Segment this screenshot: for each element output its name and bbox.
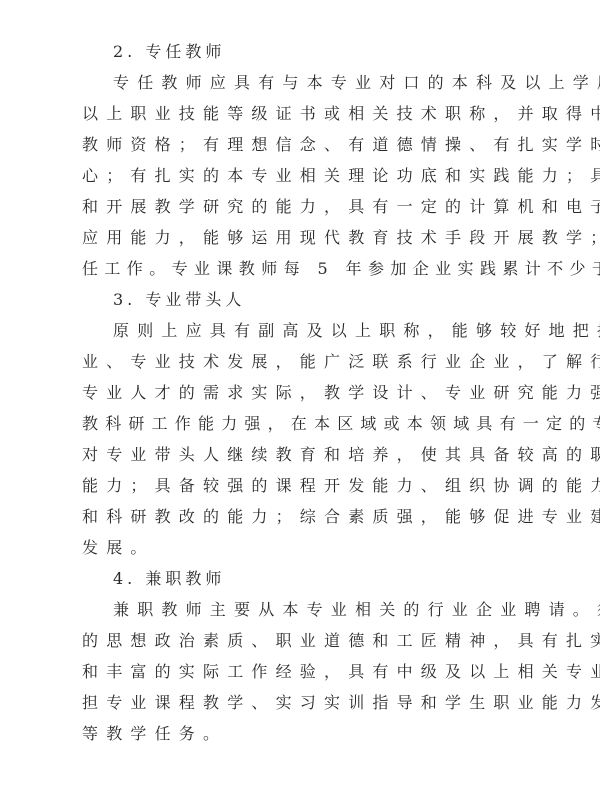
paragraph-line: 以上职业技能等级证书或相关技术职称，并取得中等职业学校 xyxy=(82,98,520,129)
section-heading: 3. 专业带头人 xyxy=(82,284,520,315)
paragraph-line: 业、专业技术发展，能广泛联系行业企业，了解行业企业对本 xyxy=(82,346,520,377)
paragraph-line: 任工作。专业课教师每 5 年参加企业实践累计不少于 6 个月。 xyxy=(82,253,520,284)
paragraph-line: 原则上应具有副高及以上职称，能够较好地把握国内外行 xyxy=(82,315,520,346)
paragraph-line: 对专业带头人继续教育和培养，使其具备较高的职业教育认知 xyxy=(82,439,520,470)
paragraph-line: 兼职教师主要从本专业相关的行业企业聘请。须具备良好 xyxy=(82,594,520,625)
paragraph-line: 专任教师应具有与本专业对口的本科及以上学历、三级及 xyxy=(82,67,520,98)
section-heading: 4. 兼职教师 xyxy=(82,563,520,594)
paragraph-line: 等教学任务。 xyxy=(82,718,520,749)
paragraph-line: 心；有扎实的本专业相关理论功底和实践能力；具备组织教学 xyxy=(82,160,520,191)
paragraph-line: 能力；具备较强的课程开发能力、组织协调的能力、创新精神 xyxy=(82,470,520,501)
paragraph-line: 应用能力，能够运用现代教育技术手段开展教学；能胜任班主 xyxy=(82,222,520,253)
paragraph-line: 专业人才的需求实际，教学设计、专业研究能力强，组织开展 xyxy=(82,377,520,408)
paragraph-line: 担专业课程教学、实习实训指导和学生职业能力发展规划指导 xyxy=(82,687,520,718)
paragraph-line: 教师资格；有理想信念、有道德情操、有扎实学时、有仁爱之 xyxy=(82,129,520,160)
paragraph-line: 和开展教学研究的能力，具有一定的计算机和电子商务实践 xyxy=(82,191,520,222)
paragraph-line: 教科研工作能力强，在本区域或本领域具有一定的专业影响力。 xyxy=(82,408,520,439)
paragraph-line: 发展。 xyxy=(82,532,520,563)
section-heading: 2. 专任教师 xyxy=(82,36,520,67)
paragraph-line: 的思想政治素质、职业道德和工匠精神，具有扎实的专业知识 xyxy=(82,625,520,656)
document-page: 2. 专任教师 专任教师应具有与本专业对口的本科及以上学历、三级及 以上职业技能… xyxy=(82,36,520,749)
paragraph-line: 和科研教改的能力；综合素质强，能够促进专业建设稳步持续 xyxy=(82,501,520,532)
paragraph-line: 和丰富的实际工作经验，具有中级及以上相关专业职称，能承 xyxy=(82,656,520,687)
